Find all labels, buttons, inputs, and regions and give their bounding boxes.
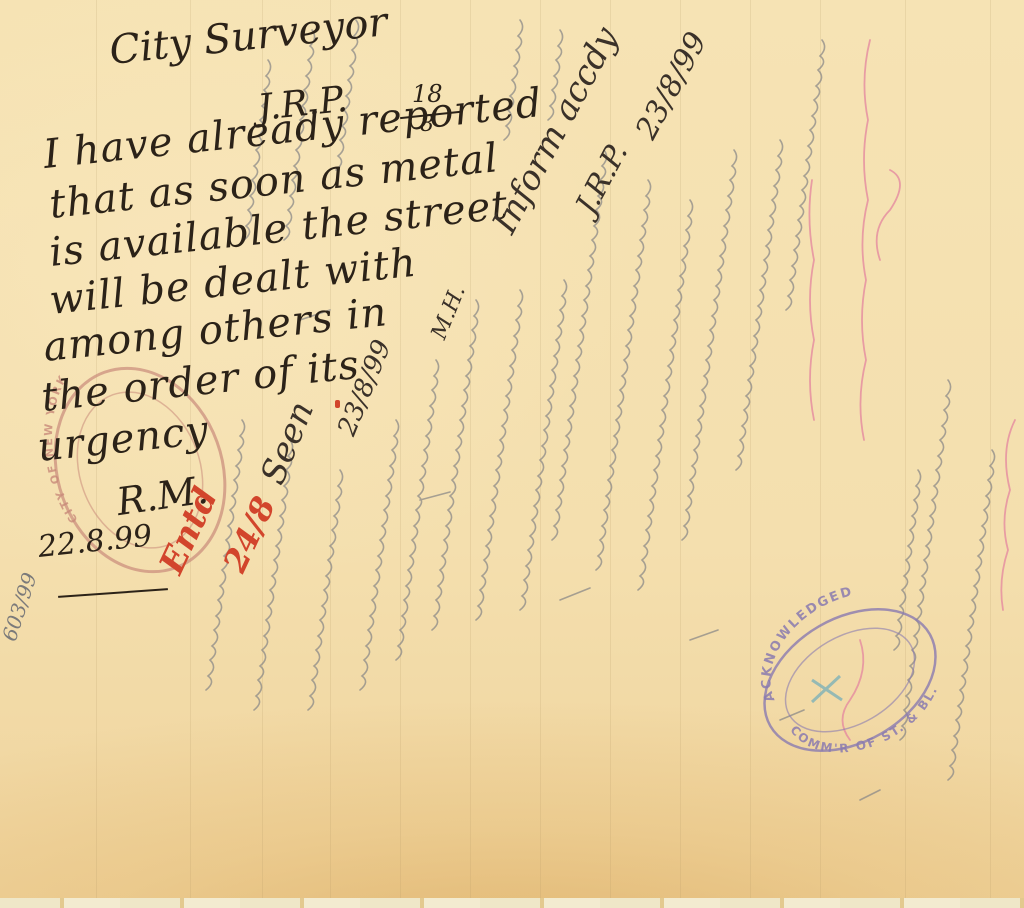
stamp-x-mark	[812, 676, 842, 702]
stamp-right-bottom-text: COMM'R OF ST. & BL.	[787, 683, 940, 755]
paper-bottom-edge	[0, 898, 1024, 908]
red-dot	[335, 400, 340, 408]
svg-text:COMM'R OF ST. & BL.: COMM'R OF ST. & BL.	[787, 683, 940, 755]
stamp-right-top-text: ACKNOWLEDGED	[759, 584, 855, 704]
svg-text:ACKNOWLEDGED: ACKNOWLEDGED	[759, 584, 855, 704]
document-page: CITY OF NEW YORK ACKNOWLEDGED COMM'R OF …	[0, 0, 1024, 908]
